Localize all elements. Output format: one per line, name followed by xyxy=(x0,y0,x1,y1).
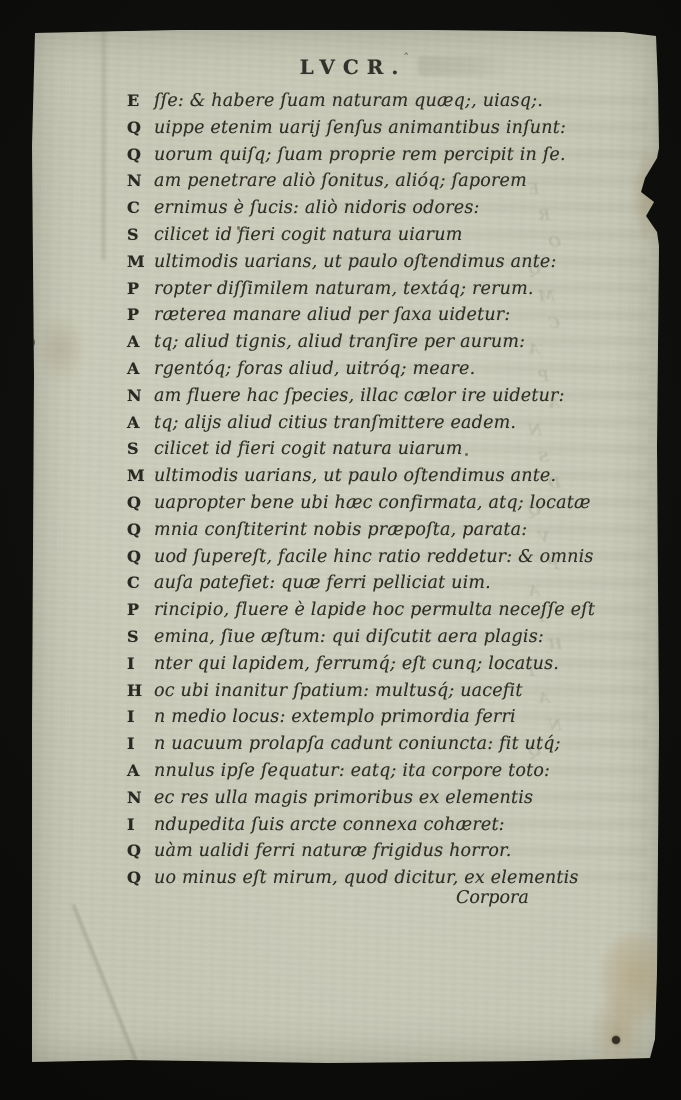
bleed-through-mark: N xyxy=(548,716,562,734)
line-text: emina, ſiue æſtum: qui diſcutit aera pla… xyxy=(154,627,544,647)
line-text: cilicet id fieri cogit natura uiarum xyxy=(154,439,463,459)
photo-of-book-page: { "page": { "header": { "title": "LVCR."… xyxy=(0,0,681,1100)
verse-line: Præterea manare aliud per ſaxa uidetur: xyxy=(127,302,597,329)
line-initial-capital: Q xyxy=(127,544,154,571)
bleed-through-mark: I xyxy=(528,662,535,680)
line-text: uapropter bene ubi hæc confirmata, atq; … xyxy=(154,493,591,513)
verse-line: Argentóq; foras aliud, uitróq; meare. xyxy=(127,356,597,383)
verse-line: Quapropter bene ubi hæc confirmata, atq;… xyxy=(127,490,597,517)
bleed-through-mark: I xyxy=(538,608,545,626)
verse-line: Qmnia conſtiterint nobis præpoſta, parat… xyxy=(127,517,597,544)
catchword: Corpora xyxy=(456,888,529,908)
verse-line: Atq; alijs aliud citius tranſmittere ead… xyxy=(127,410,597,437)
verse-line: Scilicet id fieri cogit natura uiarum xyxy=(127,222,597,249)
line-initial-capital: Q xyxy=(127,115,154,142)
line-initial-capital: P xyxy=(127,302,154,329)
verse-line: Atq; aliud tignis, aliud tranſire per au… xyxy=(127,329,597,356)
line-initial-capital: I xyxy=(127,704,154,731)
bleed-through-mark: Q xyxy=(528,742,541,760)
verse-line: Nam penetrare aliò ſonitus, alióq; ſapor… xyxy=(127,168,597,195)
bleed-through-mark: D xyxy=(548,474,561,492)
line-initial-capital: I xyxy=(127,731,154,758)
line-text: n medio locus: extemplo primordia ferri xyxy=(154,707,516,727)
line-text: uod ſupereſt, facile hinc ratio reddetur… xyxy=(154,547,594,567)
verse-line: In medio locus: extemplo primordia ferri xyxy=(127,704,597,731)
bleed-through-mark: N xyxy=(528,421,542,439)
verse-line: Quod ſupereſt, facile hinc ratio reddetu… xyxy=(127,544,597,571)
verse-line: Annulus ipſe ſequatur: eatq; ita corpore… xyxy=(127,758,597,785)
line-text: tq; alijs aliud citius tranſmittere eade… xyxy=(154,413,516,433)
verse-line: Semina, ſiue æſtum: qui diſcutit aera pl… xyxy=(127,624,597,651)
line-initial-capital: C xyxy=(127,570,154,597)
bleed-through-mark: P xyxy=(548,555,559,573)
fold-crease xyxy=(70,902,142,1062)
verse-line: Scilicet id fieri cogit natura uiarum xyxy=(127,436,597,463)
verse-line: Indupedita ſuis arcte connexa cohæret: xyxy=(127,812,597,839)
line-initial-capital: N xyxy=(127,383,154,410)
bottom-right-stain xyxy=(580,931,666,1063)
line-initial-capital: H xyxy=(127,678,154,705)
line-initial-capital: Q xyxy=(127,490,154,517)
line-initial-capital: Q xyxy=(127,517,154,544)
line-initial-capital: A xyxy=(127,329,154,356)
verse-line: Multimodis uarians, ut paulo oſtendimus … xyxy=(127,463,597,490)
line-initial-capital: Q xyxy=(127,865,154,892)
bleed-through-mark: H xyxy=(548,635,562,653)
verse-line: Cauſa patefiet: quæ ferri pelliciat uim. xyxy=(127,570,597,597)
line-text: mnia conſtiterint nobis præpoſta, parata… xyxy=(154,520,527,540)
verse-line: In uacuum prolapſa cadunt coniuncta: fit… xyxy=(127,731,597,758)
line-initial-capital: N xyxy=(127,168,154,195)
line-initial-capital: I xyxy=(127,651,154,678)
bleed-through-mark: S xyxy=(538,448,549,466)
bleed-through-mark: Q xyxy=(528,260,541,278)
text-block: Eſſe: & habere ſuam naturam quæq;, uiasq… xyxy=(127,88,597,898)
verse-line: Nec res ulla magis primoribus ex element… xyxy=(127,785,597,812)
verse-line: Inter qui lapidem, ferrumq́; eſt cunq; l… xyxy=(127,651,597,678)
bleed-through-mark: M xyxy=(538,287,555,305)
line-initial-capital: S xyxy=(127,624,154,651)
bleed-through-mark: A xyxy=(528,582,540,600)
verse-line: Quippe etenim uarij ſenſus animantibus i… xyxy=(127,115,597,142)
torn-edge-notch xyxy=(624,146,662,256)
wormhole-speck xyxy=(612,1036,620,1044)
line-initial-capital: Q xyxy=(127,142,154,169)
line-text: am penetrare aliò ſonitus, alióq; ſapore… xyxy=(154,171,527,191)
line-text: ræterea manare aliud per ſaxa uidetur: xyxy=(154,305,510,325)
verse-line: Propter diſſimilem naturam, textáq; reru… xyxy=(127,276,597,303)
line-text: ndupedita ſuis arcte connexa cohæret: xyxy=(154,815,505,835)
line-text: uo minus eſt mirum, quod dicitur, ex ele… xyxy=(154,868,579,888)
vertical-crease xyxy=(100,30,107,260)
line-text: rgentóq; foras aliud, uitróq; meare. xyxy=(154,359,475,379)
line-initial-capital: I xyxy=(127,812,154,839)
line-initial-capital: A xyxy=(127,356,154,383)
verse-line: Hoc ubi inanitur ſpatium: multusq́; uace… xyxy=(127,678,597,705)
line-text: uippe etenim uarij ſenſus animantibus in… xyxy=(154,118,566,138)
bleed-through-mark: C xyxy=(548,314,560,332)
line-text: rincipio, fluere è lapide hoc permulta n… xyxy=(154,600,595,620)
bleed-through-mark: R xyxy=(538,206,550,224)
line-initial-capital: C xyxy=(127,195,154,222)
verse-line: Principio, fluere è lapide hoc permulta … xyxy=(127,597,597,624)
line-initial-capital: A xyxy=(127,410,154,437)
verse-line: Quàm ualidi ferri naturæ frigidus horror… xyxy=(127,838,597,865)
line-text: ropter diſſimilem naturam, textáq; rerum… xyxy=(154,279,534,299)
bleed-through-mark: V xyxy=(538,528,550,546)
line-initial-capital: S xyxy=(127,222,154,249)
line-text: uàm ualidi ferri naturæ frigidus horror. xyxy=(154,841,512,861)
line-text: ernimus è ſucis: aliò nidoris odores: xyxy=(154,198,480,218)
line-initial-capital: P xyxy=(127,276,154,303)
left-margin-smudge xyxy=(34,314,86,384)
book-page: LVCR. ˆ Eſſe: & habere ſuam naturam quæq… xyxy=(28,26,662,1066)
bleed-through-mark: A xyxy=(548,394,560,412)
line-text: ec res ulla magis primoribus ex elementi… xyxy=(154,788,533,808)
line-text: ſſe: & habere ſuam naturam quæq;, uiasq;… xyxy=(154,91,543,111)
line-initial-capital: N xyxy=(127,785,154,812)
line-initial-capital: E xyxy=(127,88,154,115)
bleed-through-mark: A xyxy=(528,340,540,358)
line-text: tq; aliud tignis, aliud tranſire per aur… xyxy=(154,332,525,352)
verse-line: Nam fluere hac ſpecies, illac cælor ire … xyxy=(127,383,597,410)
line-text: auſa patefiet: quæ ferri pelliciat uim. xyxy=(154,573,491,593)
header-caret-mark: ˆ xyxy=(403,52,410,67)
line-initial-capital: S xyxy=(127,436,154,463)
line-text: ultimodis uarians, ut paulo oſtendimus a… xyxy=(154,466,556,486)
bleed-through-mark: O xyxy=(548,233,561,251)
line-text: nnulus ipſe ſequatur: eatq; ita corpore … xyxy=(154,761,550,781)
verse-line: Eſſe: & habere ſuam naturam quæq;, uiasq… xyxy=(127,88,597,115)
verse-line: Quorum quiſq; ſuam proprie rem percipit … xyxy=(127,142,597,169)
line-text: cilicet id fieri cogit natura uiarum xyxy=(154,225,463,245)
line-text: nter qui lapidem, ferrumq́; eſt cunq; lo… xyxy=(154,654,559,674)
line-text: am fluere hac ſpecies, illac cælor ire u… xyxy=(154,386,565,406)
line-initial-capital: P xyxy=(127,597,154,624)
line-initial-capital: A xyxy=(127,758,154,785)
verse-line: Cernimus è ſucis: aliò nidoris odores: xyxy=(127,195,597,222)
line-initial-capital: Q xyxy=(127,838,154,865)
line-text: n uacuum prolapſa cadunt coniuncta: fit … xyxy=(154,734,561,754)
line-text: ultimodis uarians, ut paulo oſtendimus a… xyxy=(154,252,557,272)
line-initial-capital: M xyxy=(127,463,154,490)
bleed-through-mark: P xyxy=(538,367,549,385)
bleed-through-mark: Q xyxy=(528,501,541,519)
bleed-through-mark: A xyxy=(538,689,550,707)
verse-line: Multimodis uarians, ut paulo oſtendimus … xyxy=(127,249,597,276)
line-initial-capital: M xyxy=(127,249,154,276)
line-text: uorum quiſq; ſuam proprie rem percipit i… xyxy=(154,145,566,165)
line-text: oc ubi inanitur ſpatium: multusq́; uacef… xyxy=(154,681,523,701)
bleed-through-mark: E xyxy=(528,180,539,198)
